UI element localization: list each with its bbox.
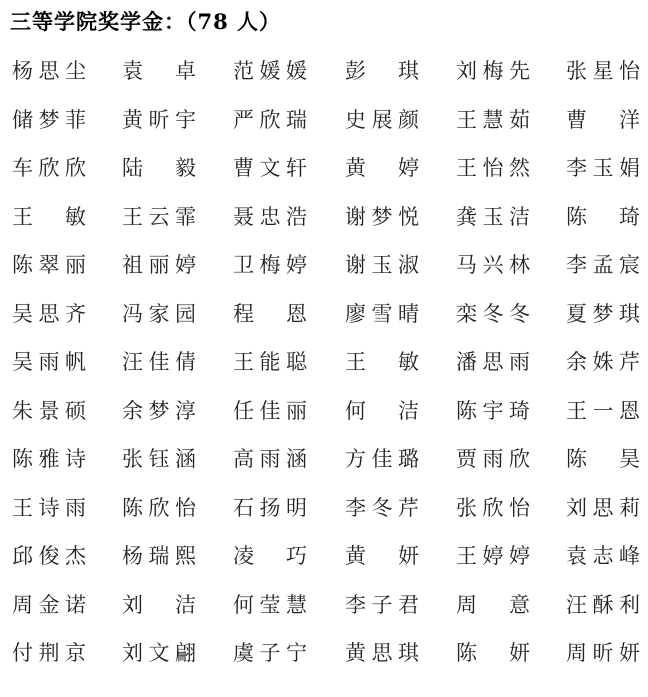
student-name: 王能聪 bbox=[233, 347, 307, 377]
student-name: 余梦淳 bbox=[122, 396, 196, 426]
student-name: 王敏 bbox=[12, 202, 86, 232]
name-row: 杨思尘袁卓范媛媛彭琪刘梅先张星怡 bbox=[0, 52, 648, 101]
student-name: 周昕妍 bbox=[566, 638, 640, 668]
student-name: 曹洋 bbox=[566, 105, 640, 135]
student-name: 周意 bbox=[456, 590, 530, 620]
student-name: 任佳丽 bbox=[233, 396, 307, 426]
student-name: 陈昊 bbox=[566, 444, 640, 474]
student-name: 龚玉洁 bbox=[456, 202, 530, 232]
name-row: 陈雅诗张钰涵高雨涵方佳璐贾雨欣陈昊 bbox=[0, 440, 648, 489]
student-name: 黄昕宇 bbox=[122, 105, 196, 135]
student-name: 祖丽婷 bbox=[122, 250, 196, 280]
student-name: 刘洁 bbox=[122, 590, 196, 620]
student-name: 虞子宁 bbox=[233, 638, 307, 668]
student-name: 陈宇琦 bbox=[456, 396, 530, 426]
student-name: 车欣欣 bbox=[12, 153, 86, 183]
student-name: 谢梦悦 bbox=[345, 202, 419, 232]
student-name: 李冬芹 bbox=[345, 493, 419, 523]
student-name: 杨思尘 bbox=[12, 56, 86, 86]
student-name: 黄思琪 bbox=[345, 638, 419, 668]
student-name: 汪佳倩 bbox=[122, 347, 196, 377]
student-name: 王诗雨 bbox=[12, 493, 86, 523]
student-name: 夏梦琪 bbox=[566, 299, 640, 329]
name-row: 王敏王云霏聂忠浩谢梦悦龚玉洁陈琦 bbox=[0, 198, 648, 247]
student-name: 李子君 bbox=[345, 590, 419, 620]
student-name: 何莹慧 bbox=[233, 590, 307, 620]
name-row: 周金诺刘洁何莹慧李子君周意汪酥利 bbox=[0, 586, 648, 635]
name-row: 王诗雨陈欣怡石扬明李冬芹张欣怡刘思莉 bbox=[0, 489, 648, 538]
student-name: 余姝芹 bbox=[566, 347, 640, 377]
student-name: 范媛媛 bbox=[233, 56, 307, 86]
student-name: 陈琦 bbox=[566, 202, 640, 232]
student-name: 刘思莉 bbox=[566, 493, 640, 523]
section-title: 三等学院奖学金：（78 人） bbox=[10, 6, 281, 36]
student-name: 黄妍 bbox=[345, 541, 419, 571]
student-name: 潘思雨 bbox=[456, 347, 530, 377]
student-name: 陆毅 bbox=[122, 153, 196, 183]
student-name: 程恩 bbox=[233, 299, 307, 329]
student-name: 方佳璐 bbox=[345, 444, 419, 474]
student-name: 凌巧 bbox=[233, 541, 307, 571]
student-name: 储梦菲 bbox=[12, 105, 86, 135]
student-name: 陈妍 bbox=[456, 638, 530, 668]
name-row: 车欣欣陆毅曹文轩黄婷王怡然李玉娟 bbox=[0, 149, 648, 198]
student-name: 张星怡 bbox=[566, 56, 640, 86]
student-name: 刘文翩 bbox=[122, 638, 196, 668]
student-name: 严欣瑞 bbox=[233, 105, 307, 135]
student-name: 袁卓 bbox=[122, 56, 196, 86]
student-name: 黄婷 bbox=[345, 153, 419, 183]
name-row: 吴雨帆汪佳倩王能聪王敏潘思雨余姝芹 bbox=[0, 343, 648, 392]
student-name: 彭琪 bbox=[345, 56, 419, 86]
student-name: 张钰涵 bbox=[122, 444, 196, 474]
student-name: 史展颜 bbox=[345, 105, 419, 135]
student-name: 李玉娟 bbox=[566, 153, 640, 183]
name-row: 付荆京刘文翩虞子宁黄思琪陈妍周昕妍 bbox=[0, 634, 648, 683]
student-name: 刘梅先 bbox=[456, 56, 530, 86]
student-name: 吴思齐 bbox=[12, 299, 86, 329]
student-name: 曹文轩 bbox=[233, 153, 307, 183]
student-name: 聂忠浩 bbox=[233, 202, 307, 232]
student-name: 王婷婷 bbox=[456, 541, 530, 571]
student-name: 汪酥利 bbox=[566, 590, 640, 620]
name-row: 朱景硕余梦淳任佳丽何洁陈宇琦王一恩 bbox=[0, 392, 648, 441]
student-name: 付荆京 bbox=[12, 638, 86, 668]
student-name: 陈雅诗 bbox=[12, 444, 86, 474]
student-name: 王慧茹 bbox=[456, 105, 530, 135]
student-name: 冯家园 bbox=[122, 299, 196, 329]
name-row: 陈翠丽祖丽婷卫梅婷谢玉淑马兴林李孟宸 bbox=[0, 246, 648, 295]
student-name: 卫梅婷 bbox=[233, 250, 307, 280]
student-name: 周金诺 bbox=[12, 590, 86, 620]
student-name: 陈翠丽 bbox=[12, 250, 86, 280]
student-name: 陈欣怡 bbox=[122, 493, 196, 523]
student-name: 谢玉淑 bbox=[345, 250, 419, 280]
student-name: 王怡然 bbox=[456, 153, 530, 183]
student-name: 杨瑞熙 bbox=[122, 541, 196, 571]
student-name: 何洁 bbox=[345, 396, 419, 426]
student-name: 马兴林 bbox=[456, 250, 530, 280]
name-row: 储梦菲黄昕宇严欣瑞史展颜王慧茹曹洋 bbox=[0, 101, 648, 150]
student-name: 邱俊杰 bbox=[12, 541, 86, 571]
student-name: 廖雪晴 bbox=[345, 299, 419, 329]
name-row: 吴思齐冯家园程恩廖雪晴栾冬冬夏梦琪 bbox=[0, 295, 648, 344]
name-grid: 杨思尘袁卓范媛媛彭琪刘梅先张星怡储梦菲黄昕宇严欣瑞史展颜王慧茹曹洋车欣欣陆毅曹文… bbox=[0, 52, 648, 683]
student-name: 张欣怡 bbox=[456, 493, 530, 523]
student-name: 李孟宸 bbox=[566, 250, 640, 280]
student-name: 吴雨帆 bbox=[12, 347, 86, 377]
student-name: 王一恩 bbox=[566, 396, 640, 426]
student-name: 高雨涵 bbox=[233, 444, 307, 474]
student-name: 朱景硕 bbox=[12, 396, 86, 426]
name-row: 邱俊杰杨瑞熙凌巧黄妍王婷婷袁志峰 bbox=[0, 537, 648, 586]
student-name: 贾雨欣 bbox=[456, 444, 530, 474]
student-name: 王云霏 bbox=[122, 202, 196, 232]
student-name: 袁志峰 bbox=[566, 541, 640, 571]
student-name: 王敏 bbox=[345, 347, 419, 377]
student-name: 栾冬冬 bbox=[456, 299, 530, 329]
student-name: 石扬明 bbox=[233, 493, 307, 523]
